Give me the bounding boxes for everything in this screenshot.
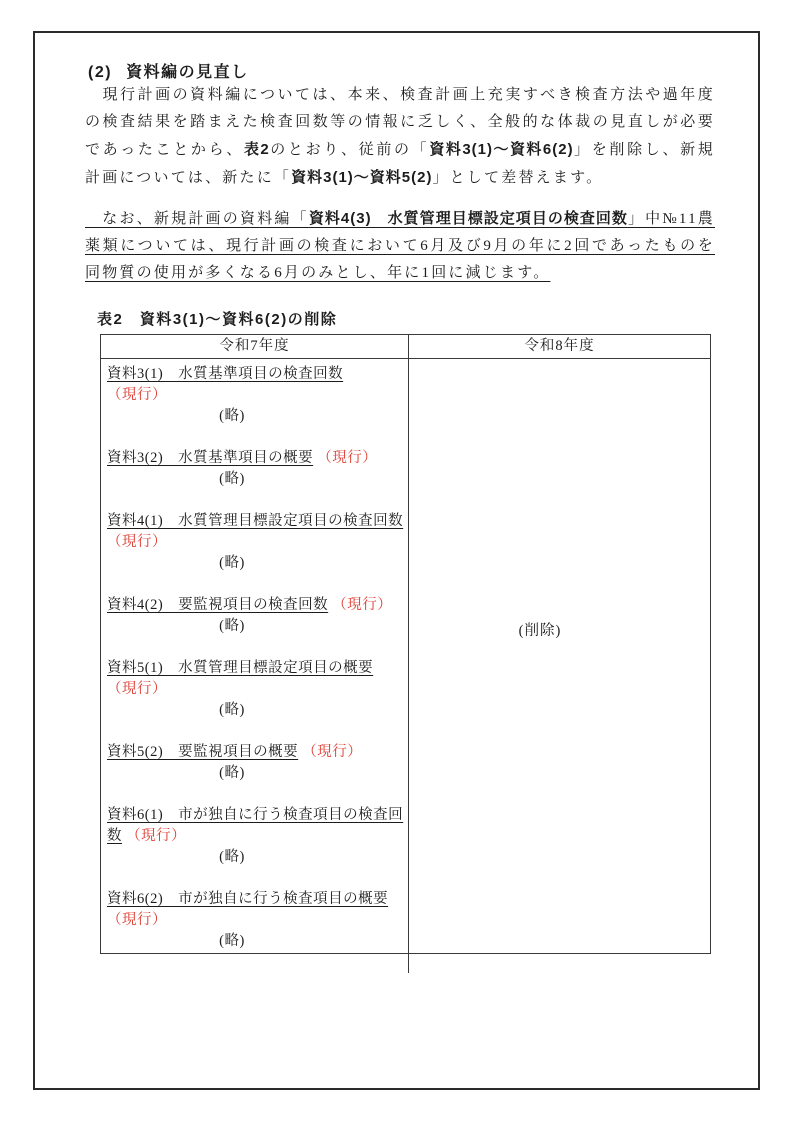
item-title: 資料5(2) 要監視項目の概要 [107,744,298,760]
abbreviation-note: (略) [107,469,357,490]
section-number: (2) [88,64,112,81]
table-row: 資料6(1) 市が独自に行う検査項目の検査回数 （現行） (略) [107,805,404,868]
deleted-note: (削除) [415,621,665,642]
abbreviation-note: (略) [107,553,357,574]
table-row: 資料4(2) 要監視項目の検査回数 （現行） (略) [107,595,404,637]
item-line: 資料3(1) 水質基準項目の検査回数 （現行） [107,364,404,406]
current-label: （現行） [313,450,377,466]
section-title: 資料編の見直し [126,64,249,81]
abbreviation-note: (略) [107,763,357,784]
table-caption: 表2 資料3(1)～資料6(2)の削除 [97,308,337,329]
intro-text-2: のとおり、従前の「 [270,142,430,158]
table-header-reiwa8: 令和8年度 [409,335,710,359]
item-title: 資料3(1) 水質基準項目の検査回数 [107,366,343,382]
table-row: 資料4(1) 水質管理目標設定項目の検査回数（現行） (略) [107,511,404,574]
item-line: 資料3(2) 水質基準項目の概要 （現行） [107,448,404,469]
intro-text-4: 」として差替えます。 [432,170,603,186]
item-title: 資料4(2) 要監視項目の検査回数 [107,597,328,613]
abbreviation-note: (略) [107,700,357,721]
item-line: 資料4(2) 要監視項目の検査回数 （現行） [107,595,404,616]
item-title: 資料3(2) 水質基準項目の概要 [107,450,313,466]
note-paragraph: なお、新規計画の資料編「資料4(3) 水質管理目標設定項目の検査回数」中№11農… [85,205,715,287]
current-label: （現行） [122,828,186,844]
intro-paragraph: 現行計画の資料編については、本来、検査計画上充実すべき検査方法や過年度の検査結果… [85,82,715,192]
table2-reference: 表2 [244,141,270,158]
current-label: （現行） [107,534,167,550]
table-row: 資料3(2) 水質基準項目の概要 （現行） (略) [107,448,404,490]
current-label: （現行） [107,912,167,928]
table-header-reiwa7: 令和7年度 [101,335,409,359]
current-label: （現行） [298,744,362,760]
abbreviation-note: (略) [107,616,357,637]
section-heading: (2)資料編の見直し [88,59,249,82]
table-row: 資料5(2) 要監視項目の概要 （現行） (略) [107,742,404,784]
abbreviation-note: (略) [107,847,357,868]
item-line: 資料5(2) 要監視項目の概要 （現行） [107,742,404,763]
abbreviation-note: (略) [107,406,357,427]
comparison-table: 令和7年度 令和8年度 資料3(1) 水質基準項目の検査回数 （現行） (略) … [100,334,711,954]
old-material-range: 資料3(1)～資料6(2) [429,141,573,158]
new-material-range: 資料3(1)～資料5(2) [291,169,432,186]
current-label: （現行） [107,387,167,403]
table-row: 資料6(2) 市が独自に行う検査項目の概要 （現行） (略) [107,889,404,952]
table-row: 資料5(1) 水質管理目標設定項目の概要 （現行） (略) [107,658,404,721]
note-text-1: なお、新規計画の資料編「 [85,211,309,227]
table-row: 資料3(1) 水質基準項目の検査回数 （現行） (略) [107,364,404,427]
table-cell-current-items: 資料3(1) 水質基準項目の検査回数 （現行） (略) 資料3(2) 水質基準項… [101,359,409,973]
item-title: 資料6(2) 市が独自に行う検査項目の概要 [107,891,388,907]
table-cell-deleted: (削除) [409,359,710,973]
item-line: 資料6(1) 市が独自に行う検査項目の検査回数 （現行） [107,805,404,847]
item-line: 資料4(1) 水質管理目標設定項目の検査回数（現行） [107,511,404,553]
item-title: 資料5(1) 水質管理目標設定項目の概要 [107,660,373,676]
current-label: （現行） [107,681,167,697]
material-4-3-reference: 資料4(3) 水質管理目標設定項目の検査回数 [309,210,628,227]
current-label: （現行） [328,597,392,613]
abbreviation-note: (略) [107,931,357,952]
item-line: 資料6(2) 市が独自に行う検査項目の概要 （現行） [107,889,404,931]
item-line: 資料5(1) 水質管理目標設定項目の概要 （現行） [107,658,404,700]
item-title: 資料4(1) 水質管理目標設定項目の検査回数 [107,513,403,529]
